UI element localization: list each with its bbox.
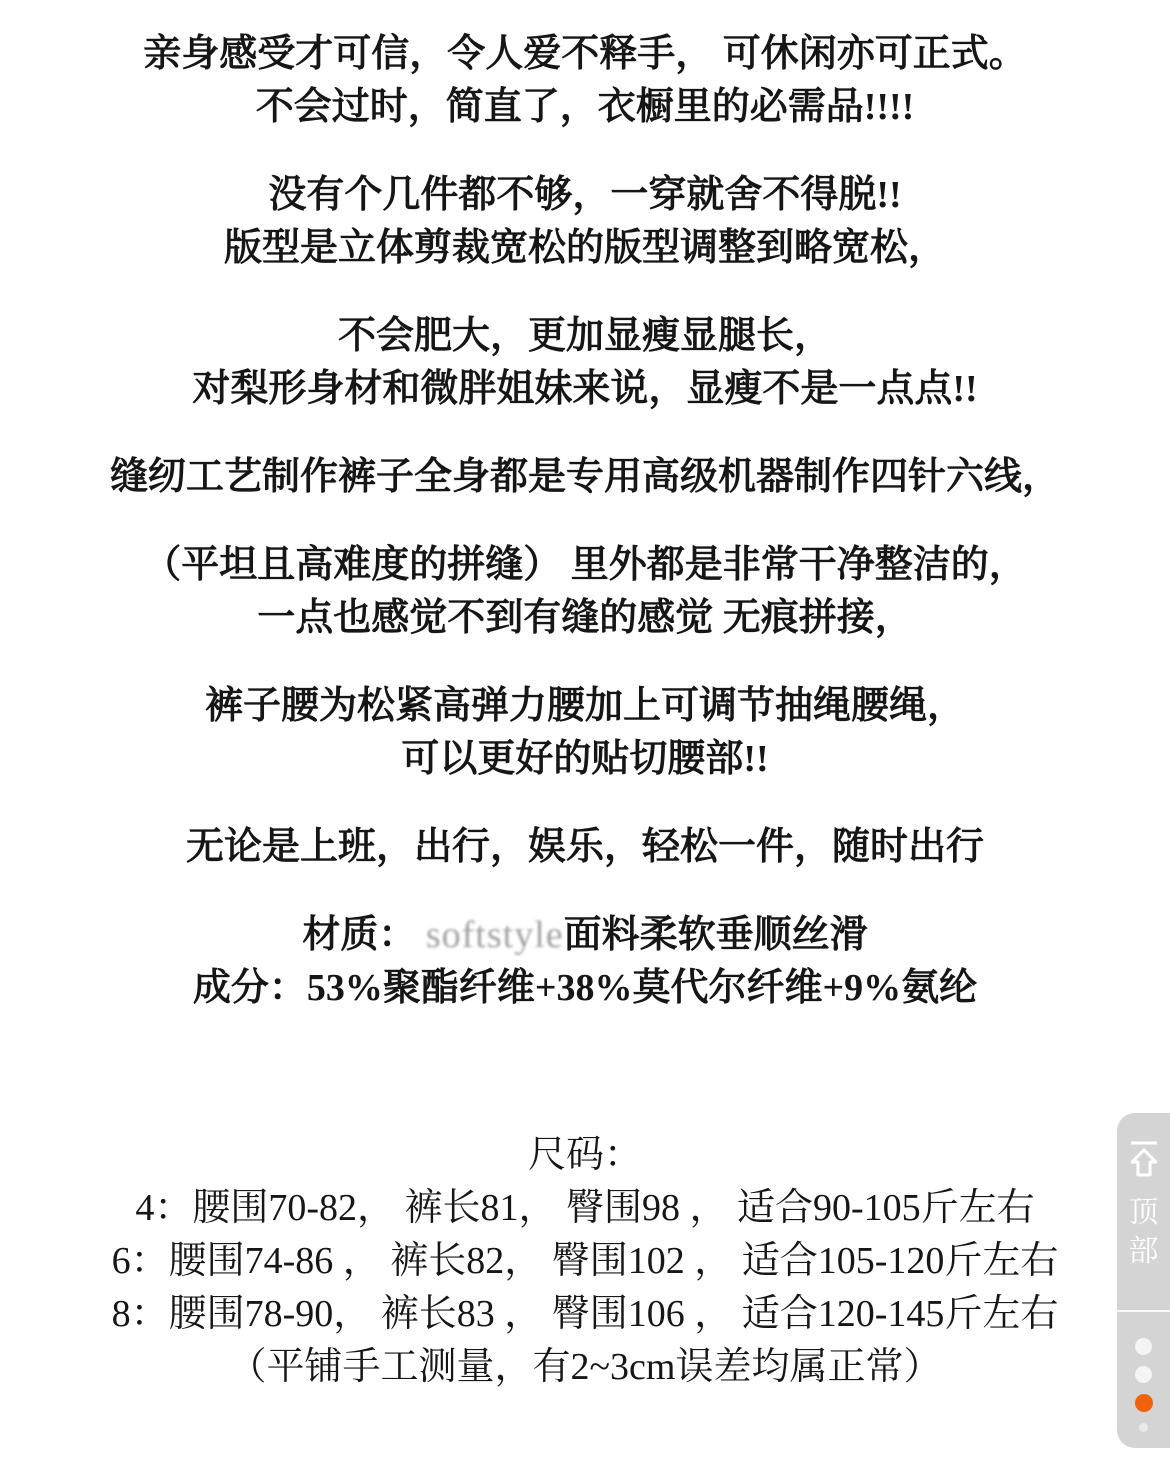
widget-divider <box>1117 1310 1170 1312</box>
size-row-6: 6：腰围74-86 ， 裤长82， 臀围102 ， 适合105-120斤左右 <box>0 1235 1170 1288</box>
back-to-top-label: 顶部 <box>1126 1193 1162 1271</box>
carousel-dot <box>1139 1423 1148 1432</box>
back-to-top-button[interactable]: 顶部 <box>1117 1113 1170 1310</box>
description-paragraph: 无论是上班，出行，娱乐，轻松一件，随时出行 <box>0 821 1170 874</box>
arrow-up-to-top-icon <box>1126 1139 1162 1177</box>
description-paragraph: 裤子腰为松紧高弹力腰加上可调节抽绳腰绳，可以更好的贴切腰部!! <box>0 680 1170 786</box>
description-paragraph: 亲身感受才可信，令人爱不释手， 可休闲亦可正式。不会过时，简直了，衣橱里的必需品… <box>0 28 1170 134</box>
description-paragraph: 没有个几件都不够，一穿就舍不得脱!!版型是立体剪裁宽松的版型调整到略宽松， <box>0 169 1170 275</box>
text-line: 裤子腰为松紧高弹力腰加上可调节抽绳腰绳， <box>0 680 1170 733</box>
description-paragraph: 材质： softstyle面料柔软垂顺丝滑成分：53%聚酯纤维+38%莫代尔纤维… <box>0 909 1170 1015</box>
description-paragraph: 不会肥大，更加显瘦显腿长，对梨形身材和微胖姐妹来说，显瘦不是一点点!! <box>0 310 1170 416</box>
floating-side-widget: 顶部 <box>1117 1113 1170 1448</box>
text-line: 没有个几件都不够，一穿就舍不得脱!! <box>0 169 1170 222</box>
text-line: 不会肥大，更加显瘦显腿长， <box>0 310 1170 363</box>
text-line: （平坦且高难度的拼缝） 里外都是非常干净整洁的， <box>0 539 1170 592</box>
carousel-dot <box>1135 1338 1152 1355</box>
text-segment: 材质： <box>302 914 426 956</box>
text-line: 一点也感觉不到有缝的感觉 无痕拼接， <box>0 592 1170 645</box>
description-paragraphs: 亲身感受才可信，令人爱不释手， 可休闲亦可正式。不会过时，简直了，衣橱里的必需品… <box>0 28 1170 1015</box>
size-measure-note: （平铺手工测量，有2~3cm误差均属正常） <box>0 1341 1170 1394</box>
text-line: 可以更好的贴切腰部!! <box>0 733 1170 786</box>
text-line: 成分：53%聚酯纤维+38%莫代尔纤维+9%氨纶 <box>0 962 1170 1015</box>
size-row-8: 8：腰围78-90， 裤长83 ， 臀围106 ， 适合120-145斤左右 <box>0 1288 1170 1341</box>
size-heading: 尺码： <box>0 1129 1170 1182</box>
text-line: 亲身感受才可信，令人爱不释手， 可休闲亦可正式。 <box>0 28 1170 81</box>
size-section: 尺码： 4：腰围70-82， 裤长81， 臀围98 ， 适合90-105斤左右 … <box>0 1129 1170 1394</box>
product-description: 亲身感受才可信，令人爱不释手， 可休闲亦可正式。不会过时，简直了，衣橱里的必需品… <box>0 0 1170 1460</box>
carousel-dot <box>1135 1366 1152 1383</box>
size-row-4: 4：腰围70-82， 裤长81， 臀围98 ， 适合90-105斤左右 <box>0 1182 1170 1235</box>
text-segment: 面料柔软垂顺丝滑 <box>564 914 868 956</box>
faded-brand-text: softstyle <box>426 914 564 956</box>
text-line: 无论是上班，出行，娱乐，轻松一件，随时出行 <box>0 821 1170 874</box>
text-line: 不会过时，简直了，衣橱里的必需品!!!! <box>0 81 1170 134</box>
description-paragraph: 缝纫工艺制作裤子全身都是专用高级机器制作四针六线， <box>0 451 1170 504</box>
text-line: 对梨形身材和微胖姐妹来说，显瘦不是一点点!! <box>0 363 1170 416</box>
description-paragraph: （平坦且高难度的拼缝） 里外都是非常干净整洁的，一点也感觉不到有缝的感觉 无痕拼… <box>0 539 1170 645</box>
text-line: 版型是立体剪裁宽松的版型调整到略宽松， <box>0 222 1170 275</box>
text-line: 材质： softstyle面料柔软垂顺丝滑 <box>0 909 1170 962</box>
product-detail-page: 亲身感受才可信，令人爱不释手， 可休闲亦可正式。不会过时，简直了，衣橱里的必需品… <box>0 0 1170 1460</box>
carousel-dot-indicators <box>1135 1338 1153 1432</box>
carousel-dot <box>1135 1394 1153 1412</box>
text-line: 缝纫工艺制作裤子全身都是专用高级机器制作四针六线， <box>0 451 1170 504</box>
